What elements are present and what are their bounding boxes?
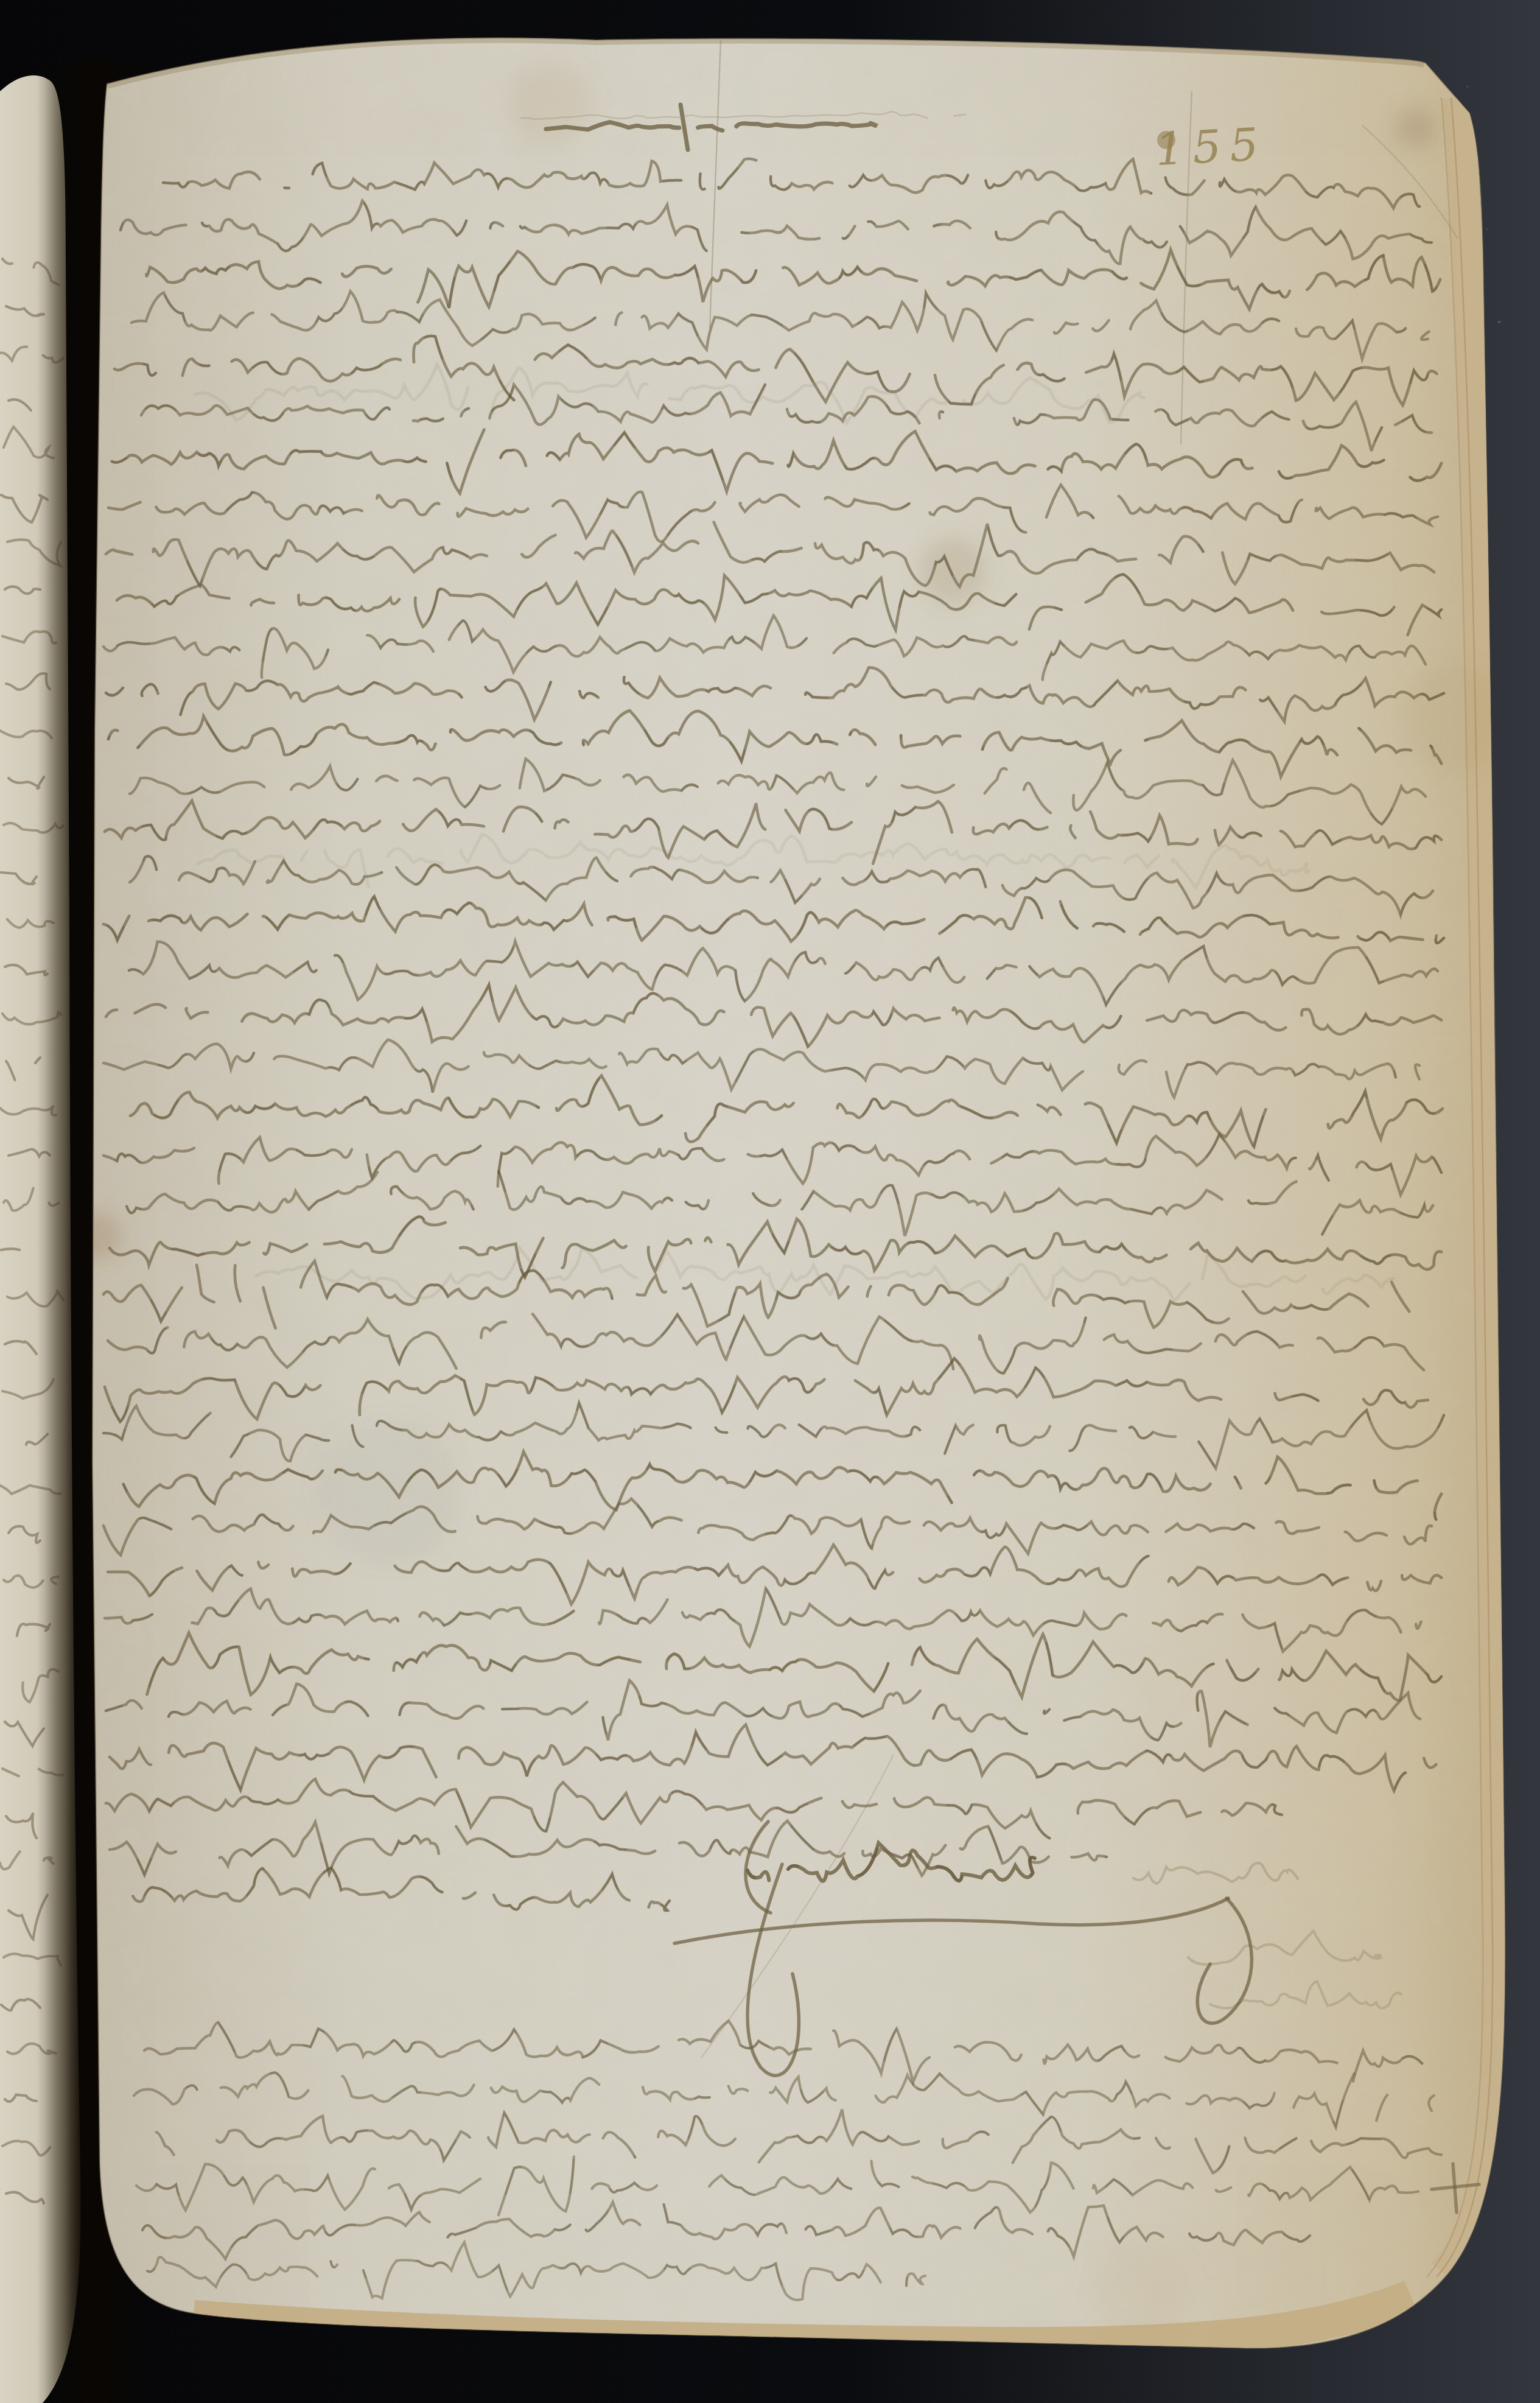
dust-speckle (1498, 321, 1501, 324)
paper-stain (1395, 107, 1436, 149)
paper-stain (317, 1419, 463, 1565)
main-page: 155 (73, 30, 1516, 2403)
folio-number: 155 (1154, 118, 1268, 176)
paper-stain (508, 62, 593, 147)
archival-manuscript-photo: 155 (0, 0, 1540, 2403)
dust-speckle (1486, 229, 1488, 231)
folio-number-group: 155 (1154, 118, 1268, 176)
manuscript-photo-svg: 155 (0, 0, 1540, 2403)
dust-speckle (1466, 85, 1469, 88)
paper-stain (1096, 2240, 1193, 2338)
